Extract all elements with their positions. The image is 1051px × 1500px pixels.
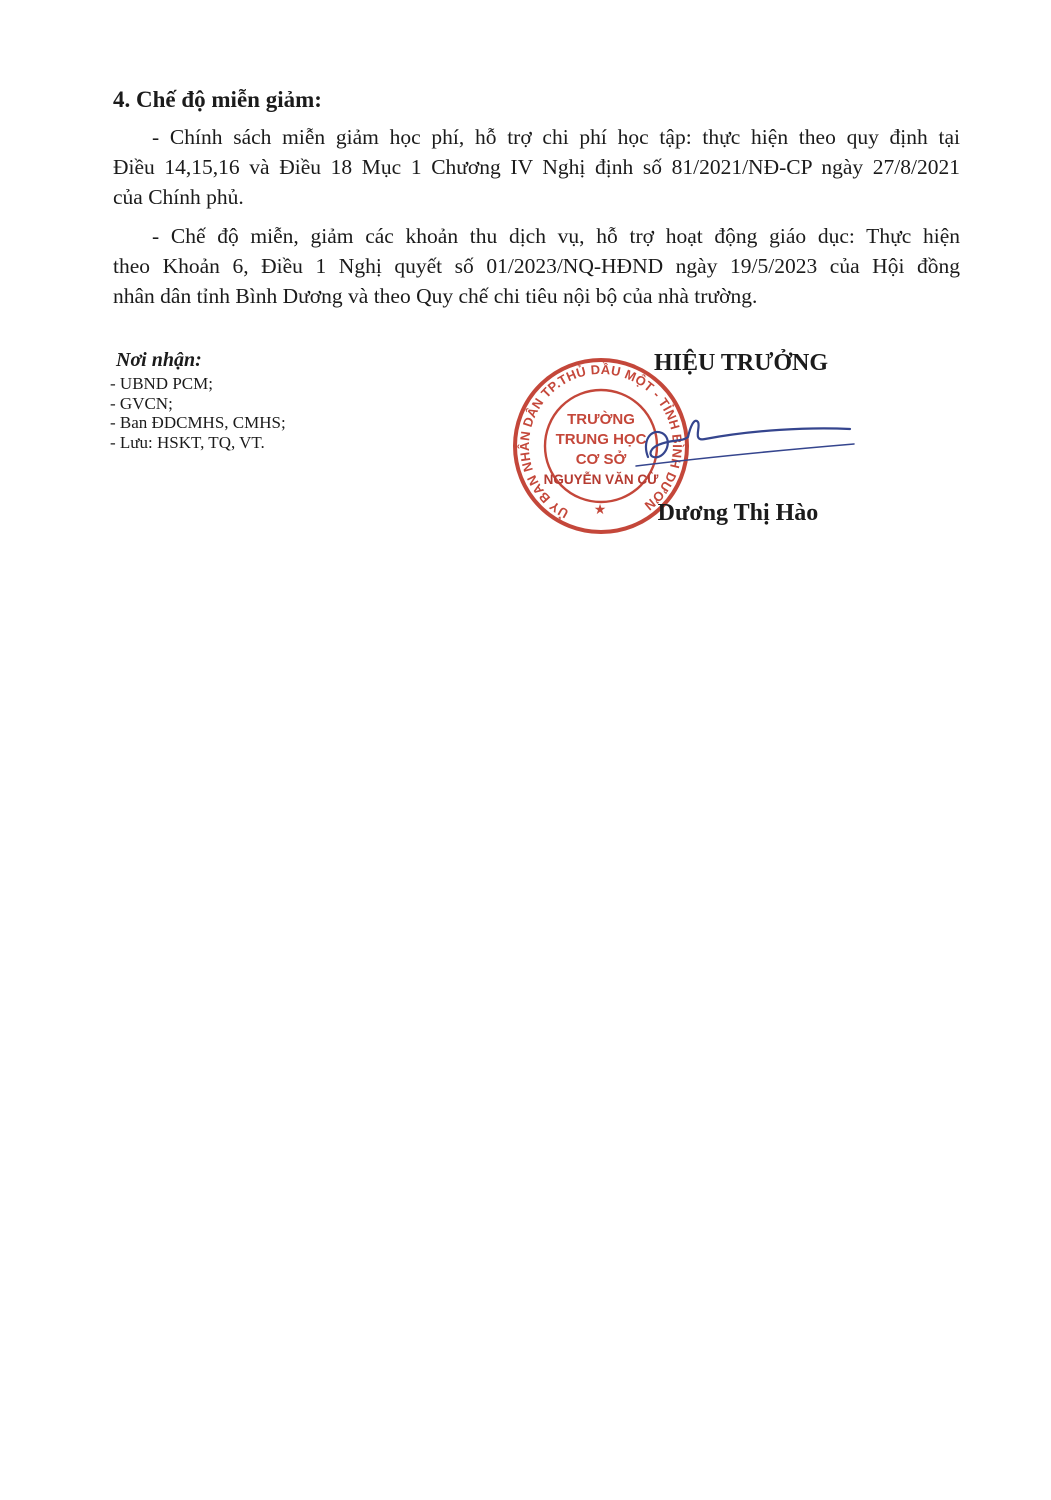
section-heading: 4. Chế độ miễn giảm: — [113, 86, 960, 114]
recipient-item: - UBND PCM; — [110, 374, 286, 394]
document-body: 4. Chế độ miễn giảm: - Chính sách miễn g… — [0, 0, 1051, 311]
signer-name: Dương Thị Hào — [658, 500, 819, 527]
paragraph-line: của Chính phủ. — [113, 182, 960, 212]
signature-stroke — [646, 421, 850, 458]
paragraph-line: - Chính sách miễn giảm học phí, hỗ trợ c… — [113, 122, 960, 152]
signature-graphic — [618, 402, 868, 477]
paragraph-1: - Chính sách miễn giảm học phí, hỗ trợ c… — [113, 122, 960, 212]
signer-title: HIỆU TRƯỞNG — [654, 350, 828, 377]
recipient-item: - Lưu: HSKT, TQ, VT. — [110, 433, 286, 453]
paragraph-line: nhân dân tỉnh Bình Dương và theo Quy chế… — [113, 281, 960, 311]
paragraph-2: - Chế độ miễn, giảm các khoản thu dịch v… — [113, 221, 960, 311]
recipient-item: - GVCN; — [110, 394, 286, 414]
signature-stroke — [636, 444, 854, 466]
paragraph-line: Điều 14,15,16 và Điều 18 Mục 1 Chương IV… — [113, 152, 960, 182]
document-page: 4. Chế độ miễn giảm: - Chính sách miễn g… — [0, 0, 1051, 1500]
recipients-list: - UBND PCM; - GVCN; - Ban ĐDCMHS, CMHS; … — [110, 374, 286, 452]
recipients-label: Nơi nhận: — [116, 349, 202, 372]
seal-star-icon: ★ — [594, 502, 607, 518]
signature — [618, 402, 868, 477]
paragraph-line: - Chế độ miễn, giảm các khoản thu dịch v… — [113, 221, 960, 251]
recipient-item: - Ban ĐDCMHS, CMHS; — [110, 413, 286, 433]
paragraph-line: theo Khoản 6, Điều 1 Nghị quyết số 01/20… — [113, 251, 960, 281]
